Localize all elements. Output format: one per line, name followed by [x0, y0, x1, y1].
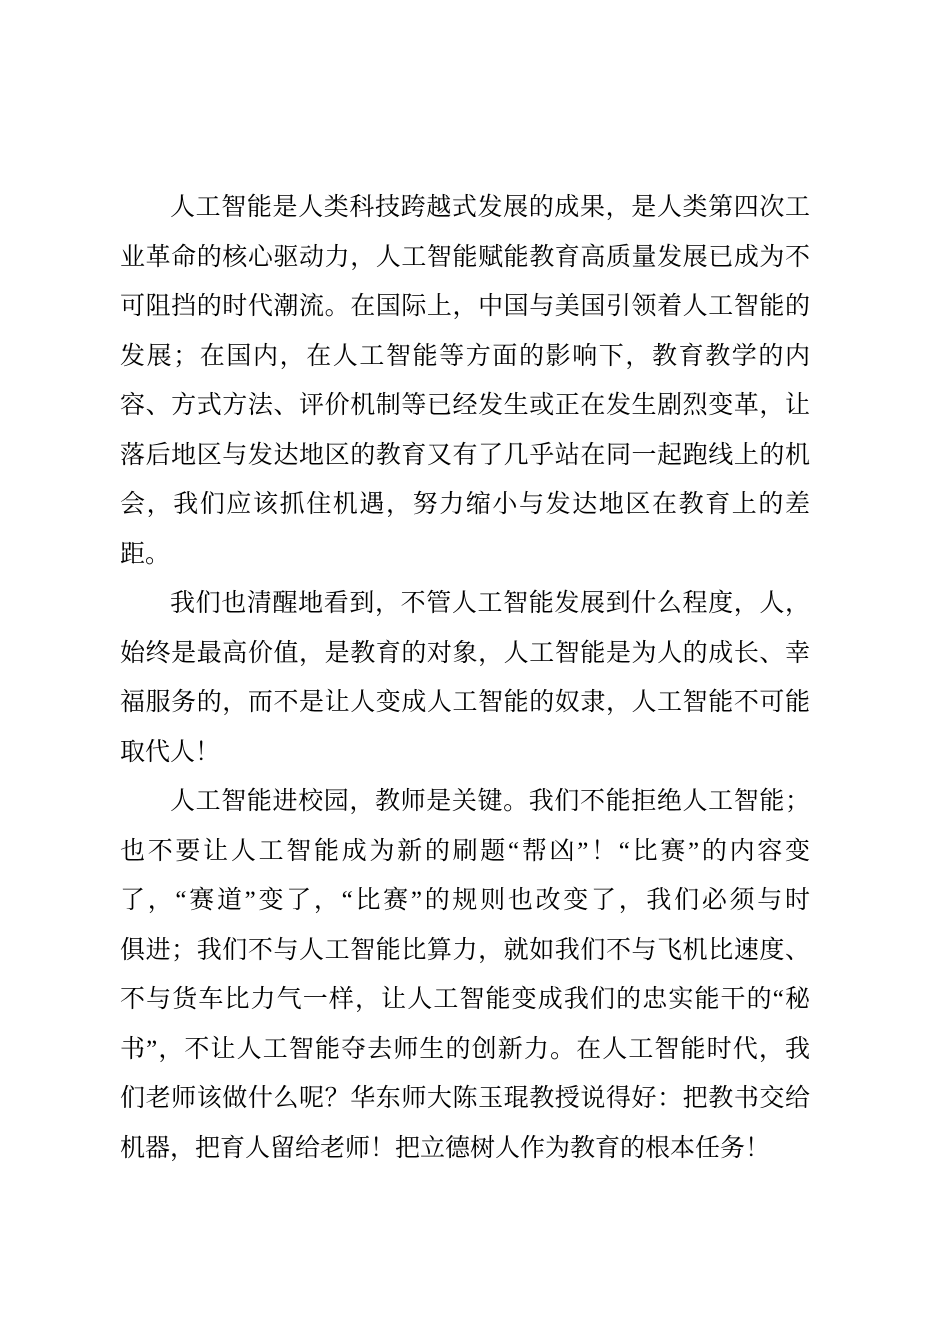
text-line: 不与货车比力气一样，让人工智能变成我们的忠实能干的“秘	[120, 975, 810, 1025]
text-line: 机器，把育人留给老师！把立德树人作为教育的根本任务！	[120, 1124, 810, 1174]
text-line: 人工智能是人类科技跨越式发展的成果，是人类第四次工	[120, 183, 810, 233]
text-line: 容、方式方法、评价机制等已经发生或正在发生剧烈变革，让	[120, 381, 810, 431]
text-block: 人工智能是人类科技跨越式发展的成果，是人类第四次工业革命的核心驱动力，人工智能赋…	[120, 183, 810, 1173]
text-line: 人工智能进校园，教师是关键。我们不能拒绝人工智能；	[120, 777, 810, 827]
text-line: 取代人！	[120, 728, 810, 778]
text-line: 始终是最高价值，是教育的对象，人工智能是为人的成长、幸	[120, 629, 810, 679]
text-line: 会，我们应该抓住机遇，努力缩小与发达地区在教育上的差	[120, 480, 810, 530]
text-line: 俱进；我们不与人工智能比算力，就如我们不与飞机比速度、	[120, 926, 810, 976]
text-line: 书”，不让人工智能夺去师生的创新力。在人工智能时代，我	[120, 1025, 810, 1075]
text-line: 福服务的，而不是让人变成人工智能的奴隶，人工智能不可能	[120, 678, 810, 728]
text-line: 也不要让人工智能成为新的刷题“帮凶”！“比赛”的内容变	[120, 827, 810, 877]
paragraph-3: 人工智能进校园，教师是关键。我们不能拒绝人工智能；也不要让人工智能成为新的刷题“…	[120, 777, 810, 1173]
paragraph-2: 我们也清醒地看到，不管人工智能发展到什么程度，人，始终是最高价值，是教育的对象，…	[120, 579, 810, 777]
document-page: 人工智能是人类科技跨越式发展的成果，是人类第四次工业革命的核心驱动力，人工智能赋…	[0, 0, 950, 1344]
paragraph-1: 人工智能是人类科技跨越式发展的成果，是人类第四次工业革命的核心驱动力，人工智能赋…	[120, 183, 810, 579]
text-line: 距。	[120, 530, 810, 580]
text-line: 业革命的核心驱动力，人工智能赋能教育高质量发展已成为不	[120, 233, 810, 283]
text-line: 们老师该做什么呢？华东师大陈玉琨教授说得好：把教书交给	[120, 1074, 810, 1124]
text-line: 可阻挡的时代潮流。在国际上，中国与美国引领着人工智能的	[120, 282, 810, 332]
text-line: 我们也清醒地看到，不管人工智能发展到什么程度，人，	[120, 579, 810, 629]
text-line: 了，“赛道”变了，“比赛”的规则也改变了，我们必须与时	[120, 876, 810, 926]
text-line: 落后地区与发达地区的教育又有了几乎站在同一起跑线上的机	[120, 431, 810, 481]
text-line: 发展；在国内，在人工智能等方面的影响下，教育教学的内	[120, 332, 810, 382]
